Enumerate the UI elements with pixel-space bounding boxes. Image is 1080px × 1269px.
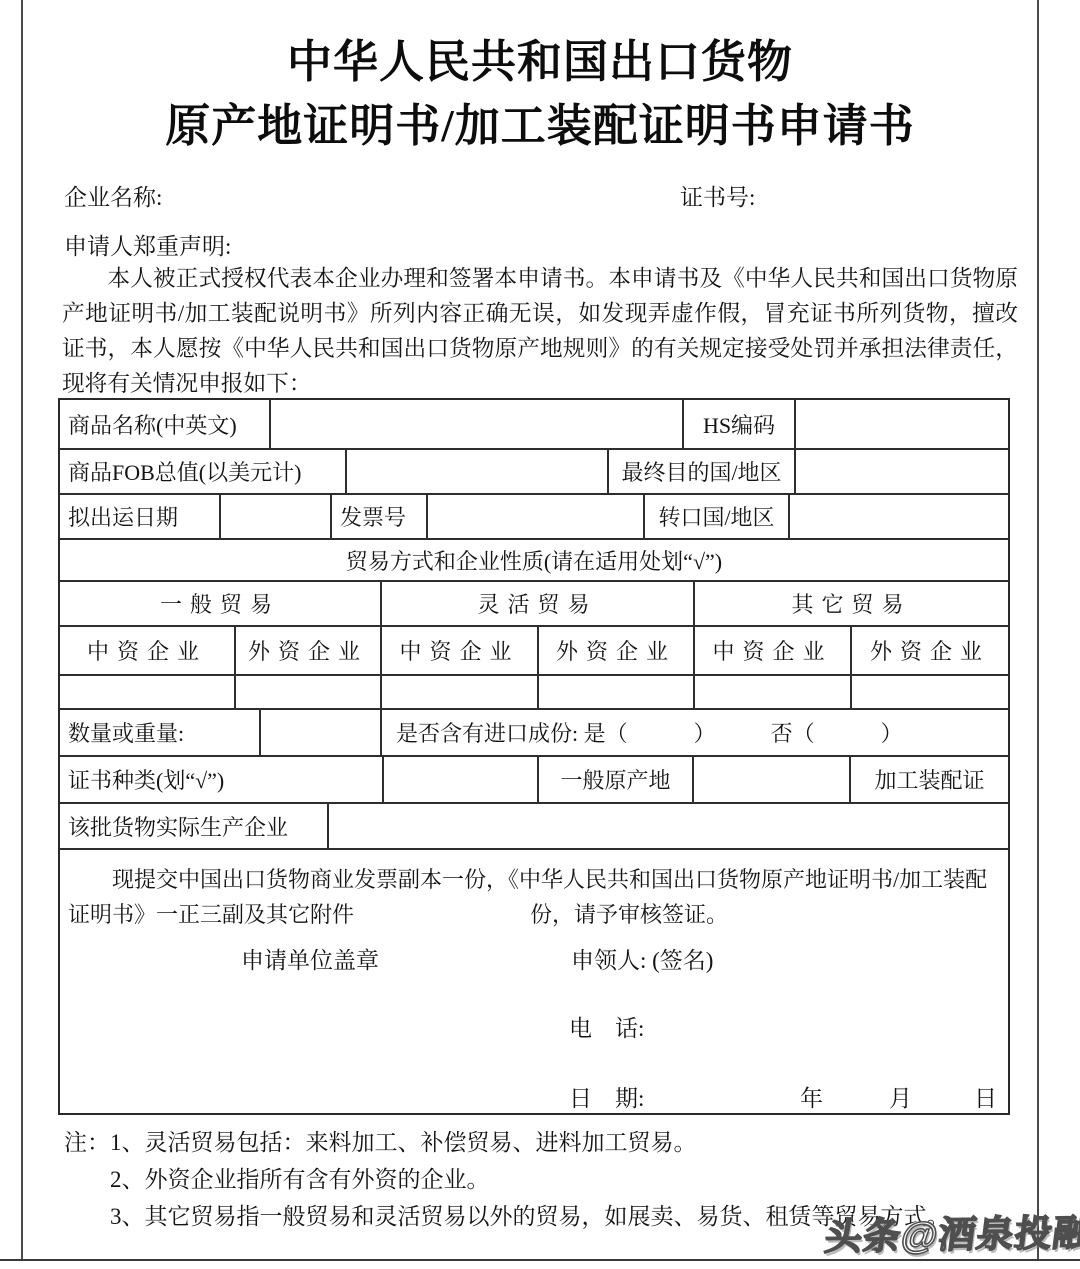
row-shipment: 拟出运日期 发票号 转口国/地区	[60, 493, 1008, 538]
transit-country-label: 转口国/地区	[643, 495, 788, 538]
enterprise-type-chinese-1: 中资企业	[60, 627, 234, 674]
year-label: 年	[800, 1080, 823, 1113]
trade-checkbox-cell-3	[380, 676, 537, 708]
page-bottom-border	[0, 1259, 1080, 1261]
cert-kind-label: 证书种类(划“√”)	[60, 757, 382, 802]
row-fob-value: 商品FOB总值(以美元计) 最终目的国/地区	[60, 448, 1008, 493]
title-line-1: 中华人民共和国出口货物	[0, 30, 1080, 94]
row-trade-types: 一般贸易 灵活贸易 其它贸易	[60, 580, 1008, 625]
cert-kind-general-field	[382, 757, 537, 802]
producer-field	[327, 804, 1008, 848]
page-right-border	[1037, 0, 1039, 1261]
row-quantity: 数量或重量: 是否含有进口成份: 是（ ） 否（ ）	[60, 708, 1008, 755]
row-trade-checkboxes	[60, 674, 1008, 708]
import-content-label: 是否含有进口成份: 是（ ） 否（ ）	[380, 710, 1008, 755]
phone-label: 电 话:	[569, 1010, 644, 1043]
submission-cell: 现提交中国出口货物商业发票副本一份，《中华人民共和国出口货物原产地证明书/加工装…	[60, 850, 1008, 1113]
note-prefix: 注：	[64, 1124, 110, 1161]
application-form-table: 商品名称(中英文) HS编码 商品FOB总值(以美元计) 最终目的国/地区 拟出…	[58, 398, 1010, 1115]
page-title: 中华人民共和国出口货物 原产地证明书/加工装配证明书申请书	[0, 30, 1080, 158]
note-item-1: 1、灵活贸易包括：来料加工、补偿贸易、进料加工贸易。	[110, 1124, 1024, 1161]
document-page: 中华人民共和国出口货物 原产地证明书/加工装配证明书申请书 企业名称: 证书号:…	[0, 0, 1080, 1269]
row-submission: 现提交中国出口货物商业发票副本一份，《中华人民共和国出口货物原产地证明书/加工装…	[60, 848, 1008, 1113]
note-item-2: 2、外资企业指所有含有外资的企业。	[110, 1161, 1024, 1198]
trade-checkbox-cell-4	[537, 676, 693, 708]
toutiao-watermark: 头条@酒泉投融资	[822, 1201, 1080, 1260]
quantity-field	[259, 710, 380, 755]
trade-type-other: 其它贸易	[693, 582, 1008, 625]
enterprise-type-foreign-3: 外资企业	[850, 627, 1008, 674]
commodity-name-field	[269, 400, 682, 448]
final-destination-label: 最终目的国/地区	[607, 450, 794, 493]
transit-country-field	[788, 495, 1008, 538]
trade-checkbox-cell-2	[234, 676, 380, 708]
trade-checkbox-cell-5	[693, 676, 850, 708]
cert-kind-processing-field	[692, 757, 849, 802]
ship-date-label: 拟出运日期	[60, 495, 219, 538]
declaration-body: 本人被正式授权代表本企业办理和签署本申请书。本申请书及《中华人民共和国出口货物原…	[62, 261, 1018, 401]
cert-kind-processing-label: 加工装配证	[849, 757, 1008, 802]
trade-checkbox-cell-6	[850, 676, 1008, 708]
trade-type-general: 一般贸易	[60, 582, 380, 625]
seal-label: 申请单位盖章	[241, 942, 379, 975]
final-destination-field	[794, 450, 1008, 493]
row-producer: 该批货物实际生产企业	[60, 802, 1008, 848]
row-enterprise-types: 中资企业 外资企业 中资企业 外资企业 中资企业 外资企业	[60, 625, 1008, 674]
hs-code-field	[794, 400, 1008, 448]
producer-label: 该批货物实际生产企业	[60, 804, 327, 848]
date-label: 日 期:	[569, 1080, 644, 1113]
enterprise-type-foreign-2: 外资企业	[537, 627, 693, 674]
row-commodity: 商品名称(中英文) HS编码	[60, 400, 1008, 448]
certificate-no-label: 证书号:	[680, 179, 755, 212]
declaration-heading: 申请人郑重声明:	[64, 228, 231, 261]
commodity-name-label: 商品名称(中英文)	[60, 400, 269, 448]
page-left-border	[21, 0, 23, 1261]
trade-type-flexible: 灵活贸易	[380, 582, 693, 625]
fob-value-label: 商品FOB总值(以美元计)	[60, 450, 345, 493]
invoice-no-label: 发票号	[330, 495, 426, 538]
enterprise-type-chinese-3: 中资企业	[693, 627, 850, 674]
enterprise-type-foreign-1: 外资企业	[234, 627, 380, 674]
trade-mode-header: 贸易方式和企业性质(请在适用处划“√”)	[60, 540, 1008, 580]
invoice-no-field	[426, 495, 643, 538]
row-trade-mode-header: 贸易方式和企业性质(请在适用处划“√”)	[60, 538, 1008, 580]
trade-checkbox-cell-1	[60, 676, 234, 708]
cert-kind-general-label: 一般原产地	[537, 757, 692, 802]
submission-paragraph: 现提交中国出口货物商业发票副本一份，《中华人民共和国出口货物原产地证明书/加工装…	[68, 862, 1004, 932]
title-line-2: 原产地证明书/加工装配证明书申请书	[0, 94, 1080, 158]
row-cert-kind: 证书种类(划“√”) 一般原产地 加工装配证	[60, 755, 1008, 802]
ship-date-field	[219, 495, 330, 538]
quantity-label: 数量或重量:	[60, 710, 259, 755]
month-label: 月	[889, 1080, 912, 1113]
day-label: 日	[974, 1080, 997, 1113]
company-name-label: 企业名称:	[64, 179, 162, 212]
applicant-label: 申领人: (签名)	[571, 942, 713, 975]
fob-value-field	[345, 450, 607, 493]
enterprise-type-chinese-2: 中资企业	[380, 627, 537, 674]
hs-code-label: HS编码	[682, 400, 794, 448]
